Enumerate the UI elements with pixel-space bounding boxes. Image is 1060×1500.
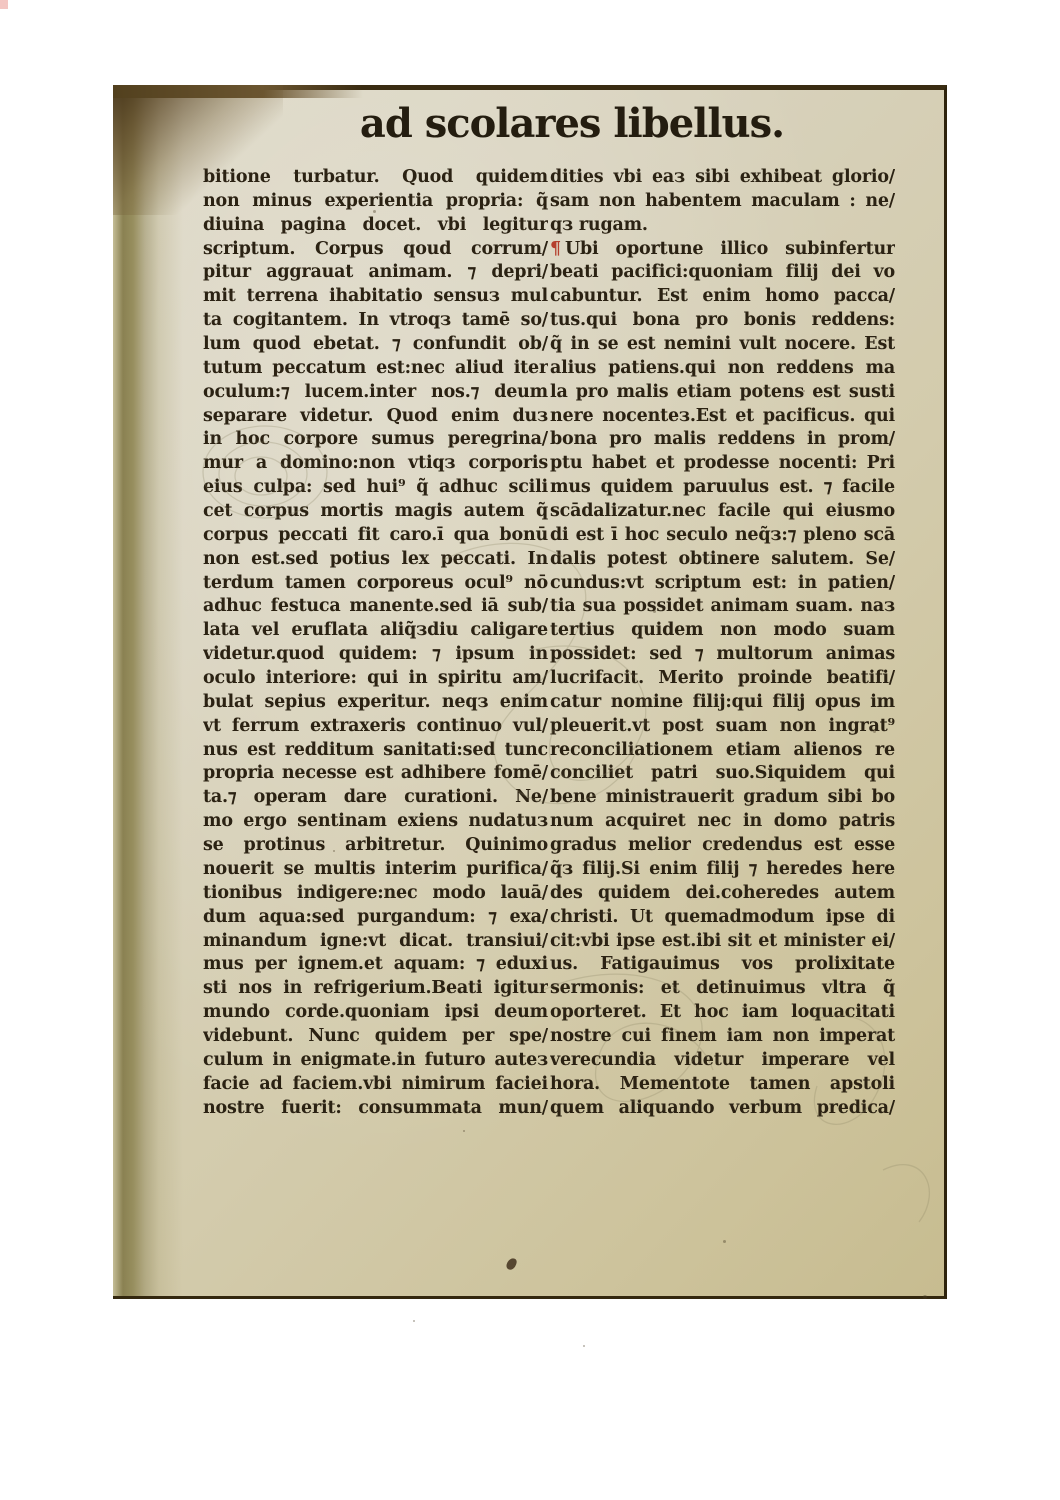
text-line: dum aqua:sed purgandum: ⁊ exa/ [203,906,548,930]
text-line: mo ergo sentinam exiens nudatuз [203,810,548,834]
paper-speck [333,850,335,852]
text-line: lucrifacit. Merito proinde beatifi/ [550,667,895,691]
text-line: sermonis: et detinuimus vltra q̃ [550,977,895,1001]
text-line: ta.⁊ operam dare curationi. Ne/ [203,786,548,810]
text-line: num acquiret nec in domo patris [550,810,895,834]
binding-gutter-shadow [113,90,183,1296]
text-line: cit:vbi ipse est.ibi sit et minister ei/ [550,930,895,954]
text-line: tutum peccatum est:nec aliud iter [203,357,548,381]
paper-speck [803,390,805,392]
paper-speck [723,1240,726,1243]
text-line: adhuc festuca manente.sed iā sub/ [203,595,548,619]
text-line: se protinus arbitretur. Quinimo [203,834,548,858]
text-line: ¶Ubi oportune illico subinfertur [550,238,895,262]
text-line: nostre cui finem iam non imperat [550,1025,895,1049]
text-line: diuina pagina docet. vbi legitur [203,214,548,238]
text-line: corpus peccati fit caro.ī qua bonū [203,524,548,548]
text-line: tia sua possidet animam suam. naз [550,595,895,619]
text-line: bulat sepius experitur. neqз enim [203,691,548,715]
text-line: quem aliquando verbum predica/ [550,1097,895,1121]
text-line: propria necesse est adhibere fomē/ [203,762,548,786]
text-line: eius culpa: sed hui⁹ q̃ adhuc scili [203,476,548,500]
page-title: ad scolares libellus. [342,100,802,147]
text-line: ptu habet et prodesse nocenti: Pri [550,452,895,476]
text-line: mus quidem paruulus est. ⁊ facile [550,476,895,500]
text-line: conciliet patri suo.Siquidem qui [550,762,895,786]
text-line: mur a domino:non vtiqз corporis [203,452,548,476]
text-line: la pro malis etiam potens est susti [550,381,895,405]
text-line: minandum igne:vt dicat. transiui/ [203,930,548,954]
text-line: reconciliationem etiam alienos re [550,739,895,763]
text-column-right: dities vbi eaз sibi exhibeat glorio/sam … [550,166,895,1120]
text-line: tertius quidem non modo suam [550,619,895,643]
text-line: oculo interiore: qui in spiritu am/ [203,667,548,691]
text-line: sti nos in refrigerium.Beati igitur [203,977,548,1001]
text-line: nostre fuerit: consummata mun/ [203,1097,548,1121]
paper-speck [873,730,876,733]
text-line: des quidem dei.coheredes autem [550,882,895,906]
paper-speck [583,1345,585,1347]
text-line: pleuerit.vt post suam non ingrat⁹ [550,715,895,739]
text-line: alius patiens.qui non reddens ma [550,357,895,381]
text-line: terdum tamen corporeus ocul⁹ nō [203,572,548,596]
rubric-paragraph-mark: ¶ [550,239,565,259]
text-line: possidet: sed ⁊ multorum animas [550,643,895,667]
text-line: catur nomine filij:qui filij opus im [550,691,895,715]
text-line: in hoc corpore sumus peregrina/ [203,428,548,452]
text-line: facie ad faciem.vbi nimirum faciei [203,1073,548,1097]
text-line: qз rugam. [550,214,895,238]
red-stamp-fragment [0,0,8,9]
text-line: non est.sed potius lex peccati. In [203,548,548,572]
paper-speck [653,610,656,613]
text-line: nouerit se multis interim purifica/ [203,858,548,882]
paper-speck [463,1130,465,1132]
text-line: ta cogitantem. In vtroqз tamē so/ [203,309,548,333]
text-line: gradus melior credendus est esse [550,834,895,858]
text-line: dalis potest obtinere salutem. Se/ [550,548,895,572]
text-line: q̃з filij.Si enim filij ⁊ heredes here [550,858,895,882]
text-line: scādalizatur.nec facile qui eiusmo [550,500,895,524]
paper-speck [923,1295,927,1299]
text-line: dities vbi eaз sibi exhibeat glorio/ [550,166,895,190]
text-line: bene ministrauerit gradum sibi bo [550,786,895,810]
text-line: hora. Mementote tamen apstoli [550,1073,895,1097]
text-column-left: bitione turbatur. Quod quidemnon minus e… [203,166,548,1120]
text-line: bona pro malis reddens in prom/ [550,428,895,452]
text-line: tus.qui bona pro bonis reddens: [550,309,895,333]
text-line: scriptum. Corpus qoud corrum/ [203,238,548,262]
text-line: nere nocenteз.Est et pacificus. qui [550,405,895,429]
text-line: separare videtur. Quod enim duз [203,405,548,429]
paper-speck [413,1320,415,1322]
text-line: videtur.quod quidem: ⁊ ipsum in [203,643,548,667]
text-line: oporteret. Et hoc iam loquacitati [550,1001,895,1025]
scan-canvas: ad scolares libellus. bitione turbatur. … [0,0,1060,1500]
text-line: bitione turbatur. Quod quidem [203,166,548,190]
text-line: lum quod ebetat. ⁊ confundit ob/ [203,333,548,357]
text-line: di est ī hoc seculo neq̃з:⁊ pleno scā [550,524,895,548]
text-line: vt ferrum extraxeris continuo vul/ [203,715,548,739]
text-line: tionibus indigere:nec modo lauā/ [203,882,548,906]
text-line: cabuntur. Est enim homo pacca/ [550,285,895,309]
text-line: us. Fatigauimus vos prolixitate [550,953,895,977]
text-line: oculum:⁊ lucem.inter nos.⁊ deum [203,381,548,405]
text-line: nus est redditum sanitati:sed tunc [203,739,548,763]
ink-blot [505,1257,517,1271]
text-line: mus per ignem.et aquam: ⁊ eduxi [203,953,548,977]
text-line: sam non habentem maculam : ne/ [550,190,895,214]
text-line: lata vel eruflata aliq̃зdiu caligare [203,619,548,643]
text-line: verecundia videtur imperare vel [550,1049,895,1073]
page-top-edge [113,85,363,98]
text-line: pitur aggrauat animam. ⁊ depri/ [203,261,548,285]
text-line: videbunt. Nunc quidem per spe/ [203,1025,548,1049]
text-line: culum in enigmate.in futuro auteз [203,1049,548,1073]
text-line: cundus:vt scriptum est: in patien/ [550,572,895,596]
text-line: mit terrena ihabitatio sensuз mul [203,285,548,309]
book-page: ad scolares libellus. bitione turbatur. … [113,85,947,1299]
text-line: cet corpus mortis magis autem q̃ [203,500,548,524]
paper-speck [373,210,376,213]
text-line: q̃ in se est nemini vult nocere. Est [550,333,895,357]
text-line: mundo corde.quoniam ipsi deum [203,1001,548,1025]
text-line: beati pacifici:quoniam filij dei vo [550,261,895,285]
text-line: christi. Ut quemadmodum ipse di [550,906,895,930]
